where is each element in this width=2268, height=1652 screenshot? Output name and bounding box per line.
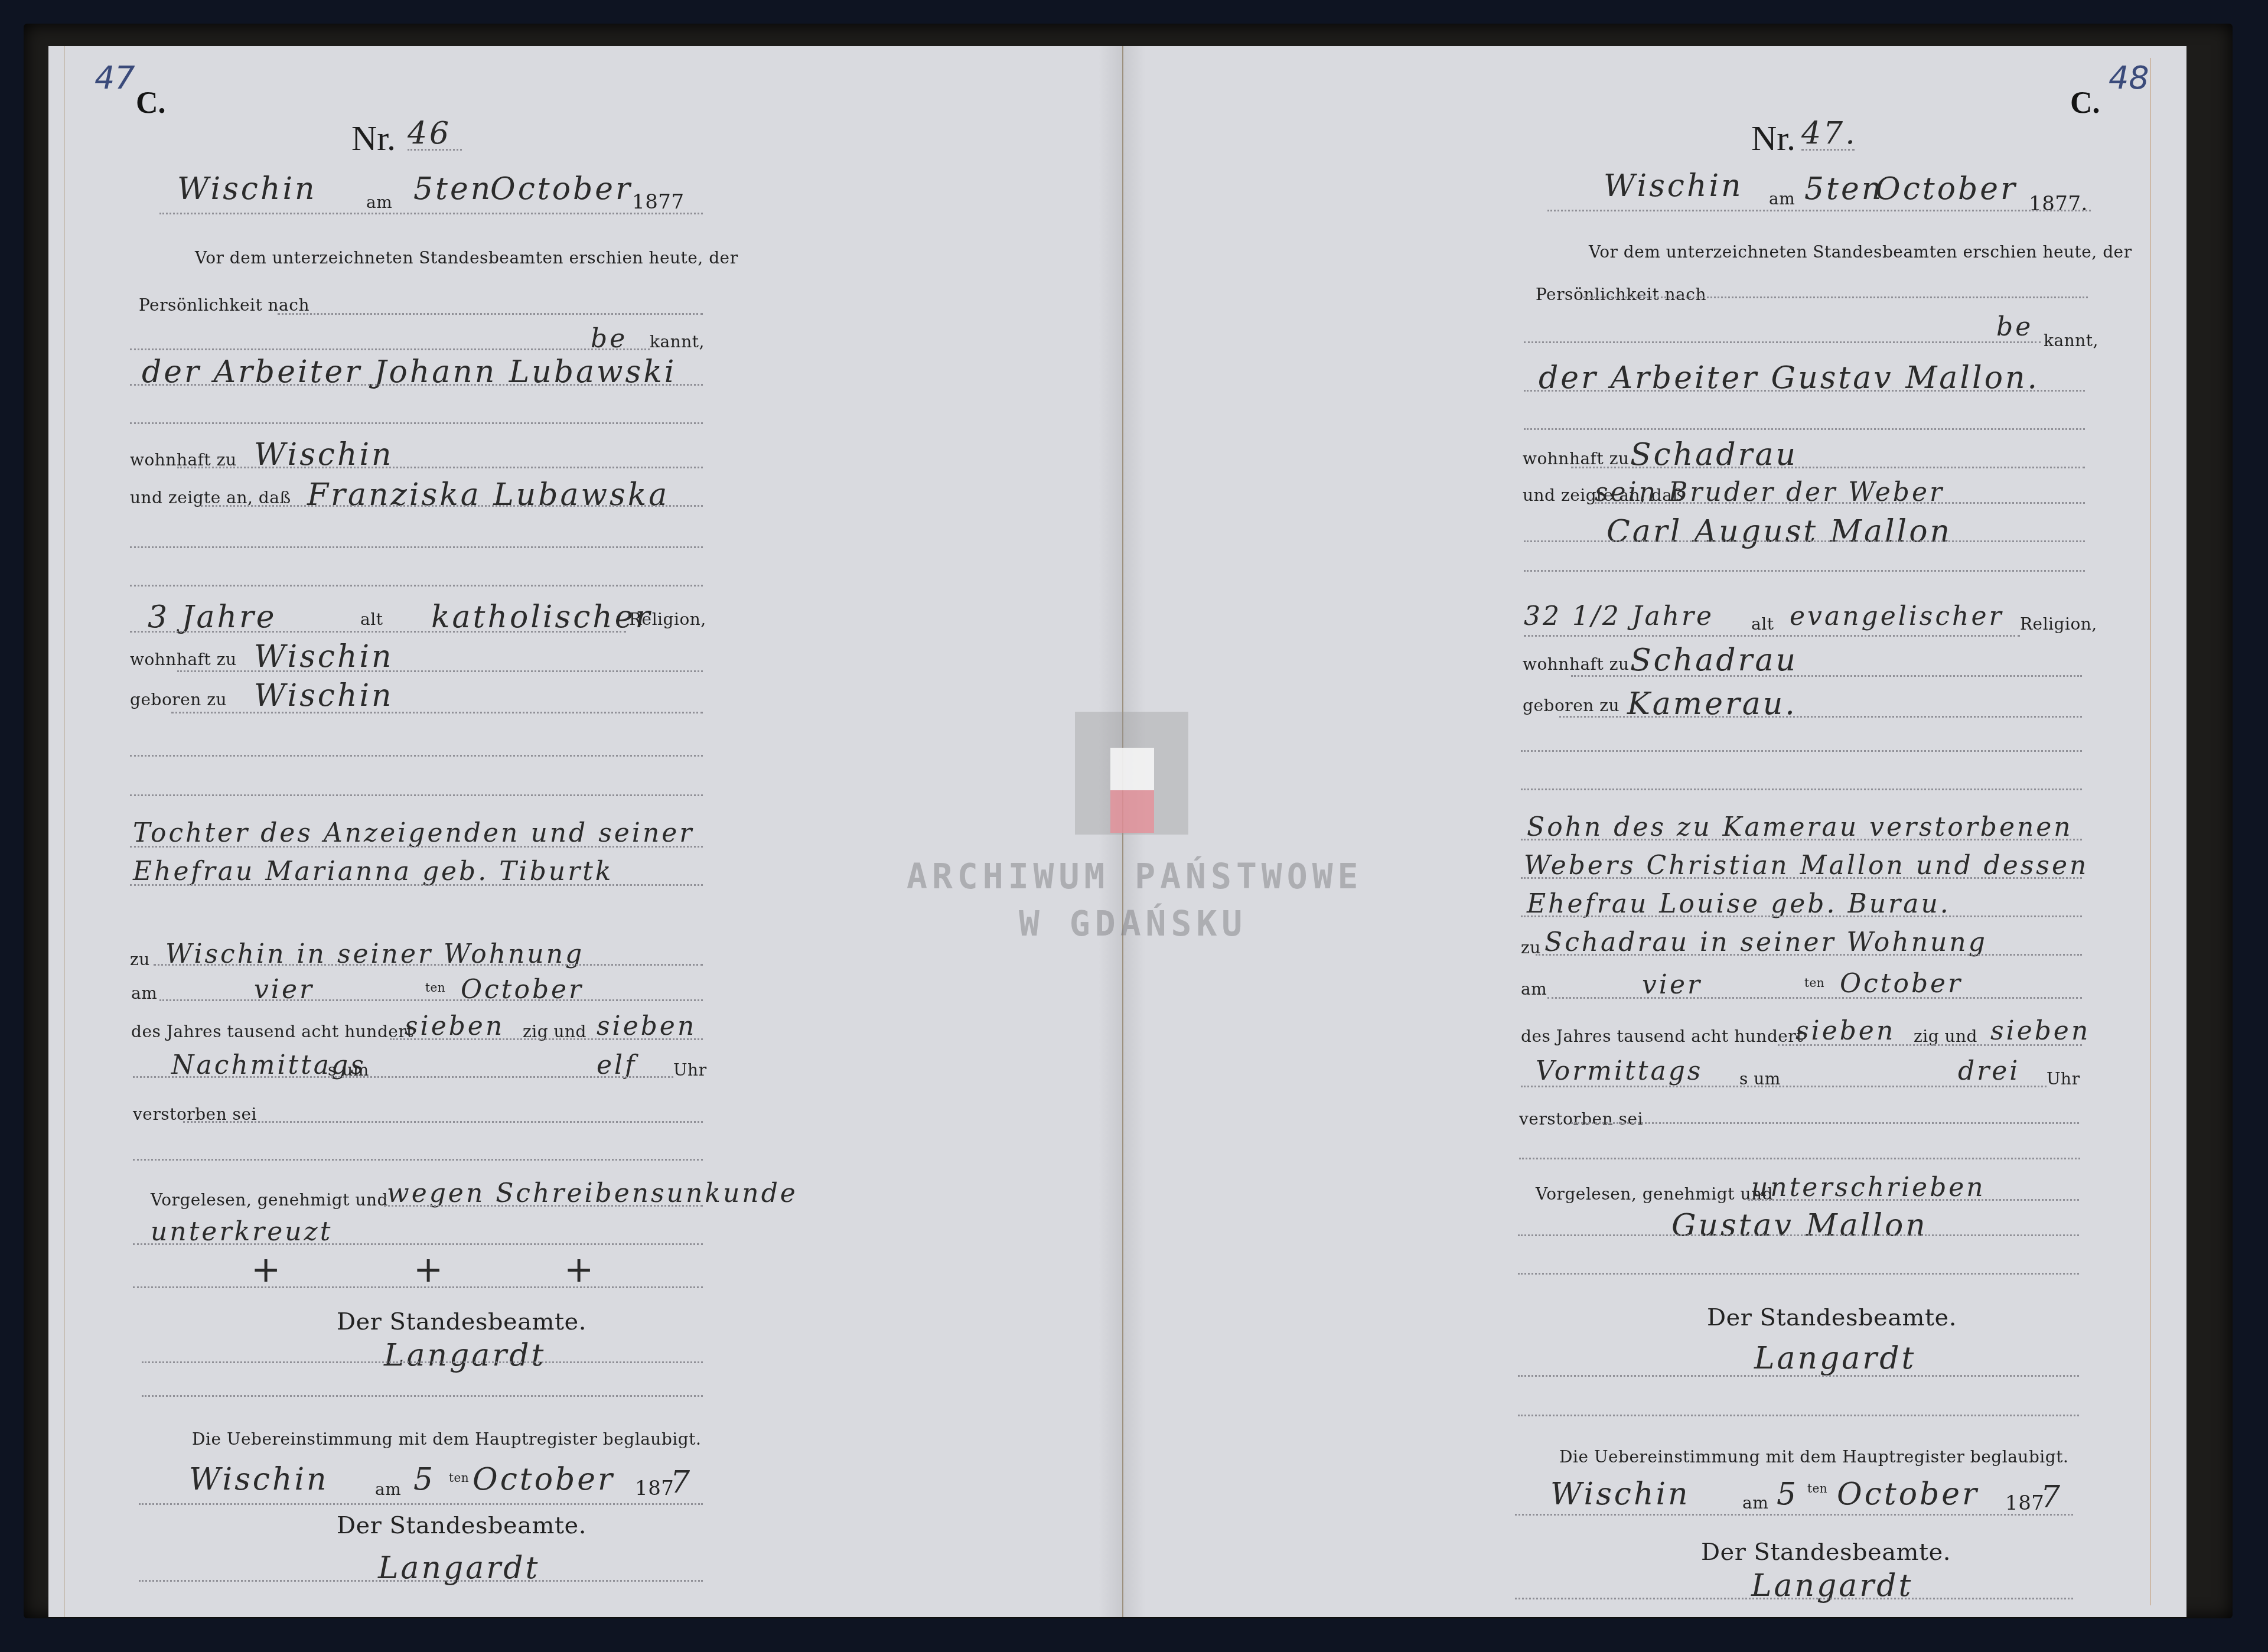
known-suffix: be: [1996, 312, 2033, 342]
approved-text-2: Gustav Mallon: [1671, 1208, 1928, 1243]
approved-text-1: wegen Schreibensunkunde: [387, 1178, 798, 1208]
cert-official-label: Der Standesbeamte.: [337, 1512, 586, 1539]
dotted-line: [1518, 1375, 2079, 1377]
dotted-line: [130, 585, 703, 586]
dotted-line: [1524, 540, 2085, 542]
cert-day: 5: [1777, 1477, 1798, 1512]
header-place: Wischin: [1604, 168, 1744, 204]
dotted-line: [1515, 1598, 2073, 1599]
parents-line-1: Sohn des zu Kamerau verstorbenen: [1527, 812, 2073, 842]
approved-text-1: unterschrieben: [1751, 1172, 1986, 1203]
dotted-line: [1524, 635, 2020, 637]
death-day-label: am: [131, 983, 157, 1003]
dotted-line: [1778, 1044, 2082, 1046]
cert-am-label: am: [375, 1480, 401, 1499]
year-label: des Jahres tausend acht hundert: [131, 1022, 413, 1041]
death-place-label: zu: [130, 950, 150, 969]
dotted-line: [1559, 716, 2082, 718]
certification-text: Die Uebereinstimmung mit dem Hauptregist…: [1559, 1447, 2068, 1467]
cert-year: 187: [635, 1477, 674, 1500]
cert-place: Wischin: [1550, 1477, 1690, 1512]
header-year: 1877: [632, 190, 685, 214]
cert-year-digit: 7: [670, 1465, 692, 1500]
header-day: 5ten: [1804, 171, 1884, 207]
dotted-line: [130, 846, 703, 848]
cert-ten-label: ten: [1807, 1481, 1827, 1495]
dotted-line: [1518, 1273, 2079, 1275]
birthplace-label: geboren zu: [1523, 696, 1619, 715]
cert-year: 187: [2005, 1491, 2044, 1515]
birthplace-label: geboren zu: [130, 690, 227, 709]
cert-ten-label: ten: [449, 1471, 469, 1485]
ten-label: ten: [425, 980, 445, 995]
header-am-label: am: [366, 193, 392, 212]
dotted-line: [278, 313, 703, 315]
dotted-line: [177, 467, 703, 468]
uhr-label: Uhr: [2047, 1069, 2080, 1089]
dotted-line: [408, 149, 462, 151]
dotted-line: [1547, 210, 2091, 211]
official-signature: Langardt: [1754, 1341, 1916, 1376]
dotted-line: [1521, 750, 2082, 752]
parents-line-2: Ehefrau Marianna geb. Tiburtk: [133, 856, 614, 887]
residence-label: wohnhaft zu: [1523, 449, 1629, 468]
religion-value: katholischer: [431, 599, 652, 635]
identity-label: Persönlichkeit nach: [1536, 285, 1706, 304]
cert-place: Wischin: [189, 1462, 329, 1497]
series-letter: C.: [2070, 86, 2100, 120]
dotted-line: [159, 999, 703, 1001]
dotted-line: [130, 348, 650, 350]
dotted-line: [130, 546, 703, 548]
dotted-line: [384, 1205, 703, 1207]
dotted-line: [1536, 954, 2082, 956]
dotted-line: [1521, 1086, 2047, 1087]
deceased-residence-value: Wischin: [254, 639, 394, 675]
known-label: kannt,: [650, 332, 705, 351]
header-place: Wischin: [177, 171, 317, 207]
approved-label: Vorgelesen, genehmigt und: [1536, 1184, 1773, 1204]
signature-mark: +: [251, 1249, 281, 1291]
death-place-value: Schadrau in seiner Wohnung: [1544, 927, 1987, 957]
religion-label: Religion,: [2020, 614, 2097, 634]
official-label: Der Standesbeamte.: [1707, 1304, 1957, 1331]
zig-label: zig und: [1914, 1027, 1977, 1046]
cert-month: October: [472, 1462, 615, 1497]
entry-number-label: Nr.: [1751, 118, 1795, 159]
dotted-line: [142, 1395, 703, 1397]
dotted-line: [130, 884, 703, 886]
dotted-line: [183, 1121, 703, 1123]
dotted-line: [130, 631, 626, 633]
dotted-line: [1524, 570, 2085, 572]
dotted-line: [1583, 296, 2088, 298]
dotted-line: [1519, 1158, 2080, 1159]
header-month: October: [490, 171, 633, 207]
dotted-line: [171, 712, 703, 713]
dotted-line: [133, 1076, 673, 1078]
year-tens-value: sieben: [1795, 1016, 1895, 1046]
cert-am-label: am: [1742, 1493, 1768, 1513]
entry-number-label: Nr.: [351, 118, 396, 159]
death-day-value: vier: [1642, 970, 1702, 1000]
dotted-line: [133, 1286, 703, 1288]
entry-number: 46: [408, 116, 451, 151]
parents-line-2: Webers Christian Mallon und dessen: [1524, 851, 2088, 881]
header-am-label: am: [1769, 189, 1795, 208]
dotted-line: [1521, 788, 2082, 790]
dotted-line: [1524, 428, 2085, 430]
header-day: 5ten: [413, 171, 493, 207]
dotted-line: [1518, 1234, 2079, 1236]
folio-number: 47: [94, 59, 135, 96]
dotted-line: [1748, 1199, 2079, 1201]
year-units-value: sieben: [597, 1011, 696, 1041]
age-label: alt: [360, 610, 383, 629]
age-value: 3 Jahre: [148, 599, 277, 635]
known-label: kannt,: [2044, 331, 2098, 350]
dotted-line: [130, 794, 703, 796]
official-label: Der Standesbeamte.: [337, 1308, 586, 1335]
approved-label: Vorgelesen, genehmigt und: [151, 1190, 388, 1210]
year-units-value: sieben: [1990, 1016, 2090, 1046]
dotted-line: [1518, 1415, 2079, 1416]
age-label: alt: [1751, 614, 1774, 634]
age-value: 32 1/2 Jahre: [1524, 601, 1714, 631]
dotted-line: [1521, 877, 2082, 879]
dotted-line: [130, 422, 703, 424]
dotted-line: [1801, 149, 1855, 151]
death-day-label: am: [1521, 979, 1547, 999]
birthplace-value: Wischin: [254, 678, 394, 713]
deceased-name: Franziska Lubawska: [307, 477, 669, 513]
series-letter: C.: [136, 86, 166, 120]
dotted-line: [177, 670, 703, 672]
dotted-line: [133, 1243, 703, 1245]
time-of-day-value: Vormittags: [1536, 1056, 1703, 1086]
parents-line-1: Tochter des Anzeigenden und seiner: [133, 818, 694, 848]
signature-mark: +: [413, 1249, 443, 1291]
dotted-line: [154, 964, 703, 966]
dotted-line: [1571, 1122, 2079, 1124]
dotted-line: [390, 1038, 703, 1040]
cert-month: October: [1837, 1477, 1979, 1512]
header-year: 1877.: [2029, 192, 2088, 216]
certification-text: Die Uebereinstimmung mit dem Hauptregist…: [192, 1429, 701, 1449]
signature-mark: +: [564, 1249, 594, 1291]
archive-logo-red-stripe: [1110, 790, 1154, 833]
year-label: des Jahres tausend acht hundert: [1521, 1027, 1803, 1046]
dotted-line: [201, 505, 703, 507]
dotted-line: [1595, 502, 2085, 504]
ten-label: ten: [1804, 976, 1824, 990]
uhr-label: Uhr: [673, 1060, 707, 1080]
dotted-line: [1524, 341, 2041, 343]
parents-line-3: Ehefrau Louise geb. Burau.: [1527, 889, 1951, 919]
approved-text-2: unterkreuzt: [151, 1217, 333, 1247]
deceased-residence-label: wohnhaft zu: [1523, 654, 1629, 674]
dotted-line: [1521, 915, 2082, 917]
year-tens-value: sieben: [405, 1011, 504, 1041]
folio-number: 48: [2109, 59, 2149, 96]
official-signature: Langardt: [384, 1338, 546, 1373]
dotted-line: [1521, 839, 2082, 840]
intro-text: Vor dem unterzeichneten Standesbeamten e…: [195, 248, 738, 268]
dotted-line: [1515, 1514, 2073, 1516]
dotted-line: [1524, 390, 2085, 392]
dotted-line: [130, 755, 703, 757]
header-month: October: [1875, 171, 2018, 207]
died-label: verstorben sei: [1519, 1109, 1643, 1129]
religion-value: evangelischer: [1790, 601, 2003, 631]
dotted-line: [1571, 467, 2085, 468]
dotted-line: [133, 1159, 703, 1161]
entry-number: 47.: [1801, 116, 1858, 151]
dotted-line: [1571, 675, 2082, 677]
dotted-line: [139, 1503, 703, 1505]
hour-value: drei: [1958, 1056, 2020, 1086]
deceased-residence-value: Schadrau: [1630, 643, 1798, 678]
dotted-line: [1547, 997, 2082, 999]
dotted-line: [142, 1361, 703, 1363]
deceased-residence-label: wohnhaft zu: [130, 650, 236, 669]
cert-official-label: Der Standesbeamte.: [1701, 1539, 1951, 1566]
identity-label: Persönlichkeit nach: [139, 295, 309, 315]
intro-text: Vor dem unterzeichneten Standesbeamten e…: [1589, 242, 2132, 262]
dotted-line: [130, 384, 703, 386]
dotted-line: [159, 213, 703, 214]
watermark-line-1: ARCHIWUM PAŃSTWOWE: [907, 856, 1363, 897]
cert-year-digit: 7: [2041, 1480, 2062, 1515]
religion-label: Religion,: [629, 610, 706, 629]
archive-logo-white-stripe: [1110, 748, 1154, 790]
watermark-line-2: W GDAŃSKU: [1019, 904, 1247, 944]
dotted-line: [139, 1580, 703, 1582]
death-month-value: October: [1840, 969, 1963, 999]
deceased-line-2: Carl August Mallon: [1606, 514, 1952, 549]
cert-day: 5: [413, 1462, 435, 1497]
